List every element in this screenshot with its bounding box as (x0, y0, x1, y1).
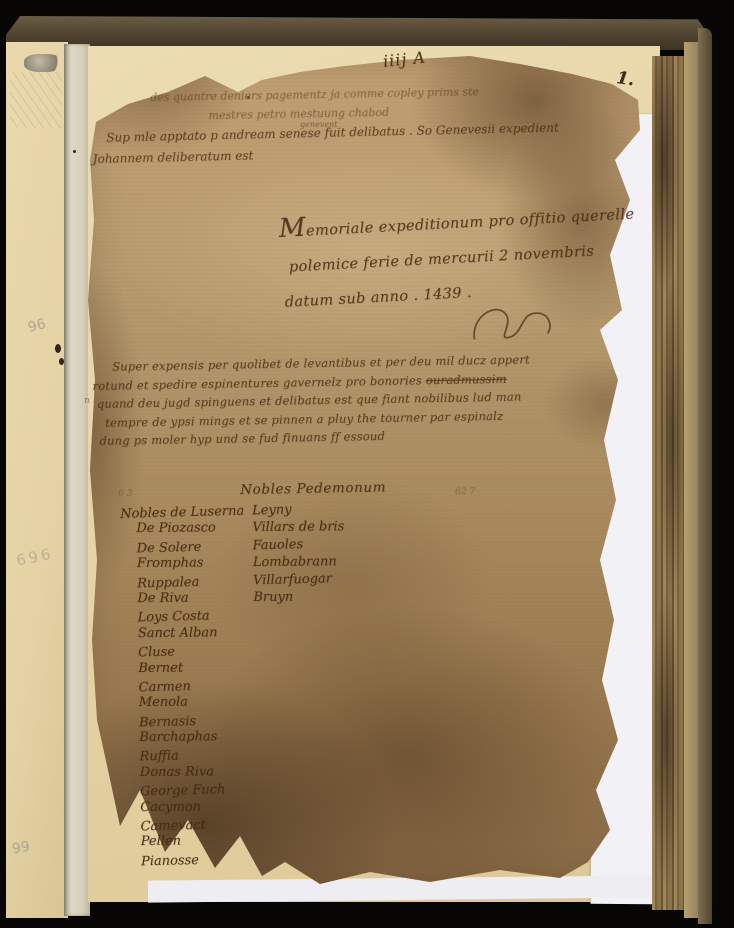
noble-name: Cluse (138, 645, 175, 661)
noble-name: Fromphas (137, 556, 204, 572)
ink-speck (59, 358, 64, 365)
binding-clasp (24, 54, 62, 72)
pencil-mark-lower: 99 (11, 839, 31, 858)
noble-name: Ruffia (139, 749, 179, 765)
facing-page-edge (6, 42, 68, 918)
noble-place: Bruyn (253, 590, 293, 605)
noble-name: Bernet (138, 660, 183, 675)
struck-word: ouradmussim (426, 371, 507, 386)
margin-mark-left: 6 3 (118, 489, 132, 499)
noble-name: George Fuch (140, 782, 226, 799)
cover-outer-edge (698, 28, 712, 924)
noble-name: Loys Costa (137, 609, 209, 626)
noble-name: De Piozasco (136, 521, 215, 537)
nobles-list-heading: Nobles Pedemonum (240, 479, 386, 498)
noble-name: De Solere (136, 540, 201, 557)
manuscript-photo: 1. iiij A des quantre deniers pagementz … (0, 0, 734, 928)
ink-speck (73, 150, 76, 153)
noble-name: Pianosse (141, 853, 199, 870)
margin-tick: n (84, 396, 90, 406)
noble-name: Pellen (141, 834, 181, 849)
margin-mark-right: 62 7 (455, 487, 475, 497)
noble-name: Menola (139, 695, 188, 710)
noble-name: Carmen (138, 679, 191, 695)
book-gutter (64, 44, 90, 916)
pencil-hatch-marks (10, 72, 62, 128)
noble-name: Cacymon (140, 799, 201, 815)
noble-name: Nobles de Luserna (120, 504, 244, 522)
noble-name: Ruppalea (137, 574, 200, 591)
noble-place: Fauoles (252, 537, 303, 553)
noble-place: Villars de bris (252, 520, 344, 536)
noble-place: Villarfuogar (253, 571, 332, 588)
noble-name: Donas Riva (140, 764, 214, 780)
noble-name: Camevact (140, 818, 206, 835)
noble-name: Barchaphas (139, 729, 217, 745)
ink-speck (55, 344, 61, 353)
noble-name: Bernasis (139, 714, 196, 730)
folio-number: 1. (615, 68, 635, 90)
ink-speck (247, 96, 250, 99)
memorial-heading-block: Memoriale expeditionum pro offitio quere… (278, 193, 639, 320)
nobles-list: Nobles de LusernaLeyny De PiozascoVillar… (118, 501, 433, 870)
noble-place: Leyny (252, 502, 292, 518)
noble-name: De Riva (137, 591, 188, 606)
noble-name: Sanct Alban (138, 625, 218, 641)
noble-place: Lombabrann (253, 554, 337, 570)
expense-paragraph: Super expensis per quolibet de levantibu… (92, 350, 531, 450)
page-stack-edge (652, 56, 686, 910)
book-top-edge (6, 16, 712, 50)
